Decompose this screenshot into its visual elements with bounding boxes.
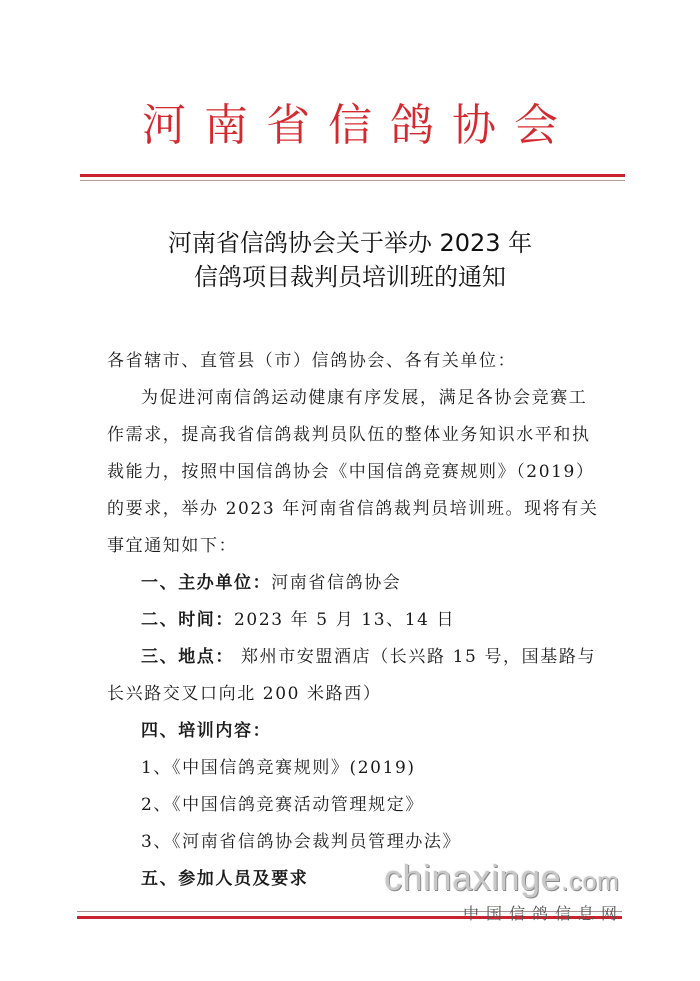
section-location: 三、地点： 郑州市安盟酒店（长兴路 15 号，国基路与 — [107, 639, 607, 676]
letterhead-organization-name: 河南省信鸽协会 — [142, 96, 576, 156]
section-heading: 一、主办单位： — [141, 573, 271, 593]
intro-paragraph-line: 事宜通知如下： — [107, 528, 607, 565]
section-heading: 四、培训内容： — [141, 721, 271, 741]
section-time: 二、时间：2023 年 5 月 13、14 日 — [107, 602, 607, 639]
section-heading: 三、地点： — [141, 647, 234, 667]
training-item: 1、《中国信鸽竞赛规则》(2019) — [107, 750, 607, 787]
training-item: 2、《中国信鸽竞赛活动管理规定》 — [107, 787, 607, 824]
section-organizer: 一、主办单位：河南省信鸽协会 — [107, 565, 607, 602]
intro-paragraph-line: 裁能力，按照中国信鸽协会《中国信鸽竞赛规则》（2019） — [107, 454, 607, 491]
section-content: 2023 年 5 月 13、14 日 — [234, 610, 455, 630]
letterhead: 河南省信鸽协会 — [0, 96, 700, 156]
section-heading: 二、时间： — [141, 610, 234, 630]
letterhead-thin-rule — [80, 180, 625, 181]
intro-paragraph-line: 作需求，提高我省信鸽裁判员队伍的整体业务知识水平和执 — [107, 417, 607, 454]
section-training-content: 四、培训内容： — [107, 713, 607, 750]
document-title-line-2: 信鸽项目裁判员培训班的通知 — [0, 260, 700, 294]
intro-paragraph-line: 为促进河南信鸽运动健康有序发展，满足各协会竞赛工 — [107, 380, 607, 417]
section-location-continuation: 长兴路交叉口向北 200 米路西） — [107, 676, 607, 713]
section-content: 郑州市安盟酒店（长兴路 15 号，国基路与 — [234, 647, 596, 667]
watermark-domain-suffix: .com — [561, 866, 619, 896]
letterhead-red-rule — [80, 174, 625, 177]
section-heading: 五、参加人员及要求 — [141, 869, 308, 889]
salutation: 各省辖市、直管县（市）信鸽协会、各有关单位： — [107, 343, 607, 380]
watermark-subtitle: 中国信鸽信息网 — [463, 903, 624, 925]
document-body: 各省辖市、直管县（市）信鸽协会、各有关单位： 为促进河南信鸽运动健康有序发展，满… — [107, 343, 607, 898]
watermark-domain-main: chinaxinge — [384, 857, 561, 898]
intro-paragraph-line: 的要求，举办 2023 年河南省信鸽裁判员培训班。现将有关 — [107, 491, 607, 528]
document-title-line-1: 河南省信鸽协会关于举办 2023 年 — [0, 226, 700, 260]
document-title: 河南省信鸽协会关于举办 2023 年 信鸽项目裁判员培训班的通知 — [0, 226, 700, 294]
watermark-domain: chinaxinge.com — [384, 858, 619, 901]
training-item: 3、《河南省信鸽协会裁判员管理办法》 — [107, 824, 607, 861]
section-content: 河南省信鸽协会 — [271, 573, 401, 593]
